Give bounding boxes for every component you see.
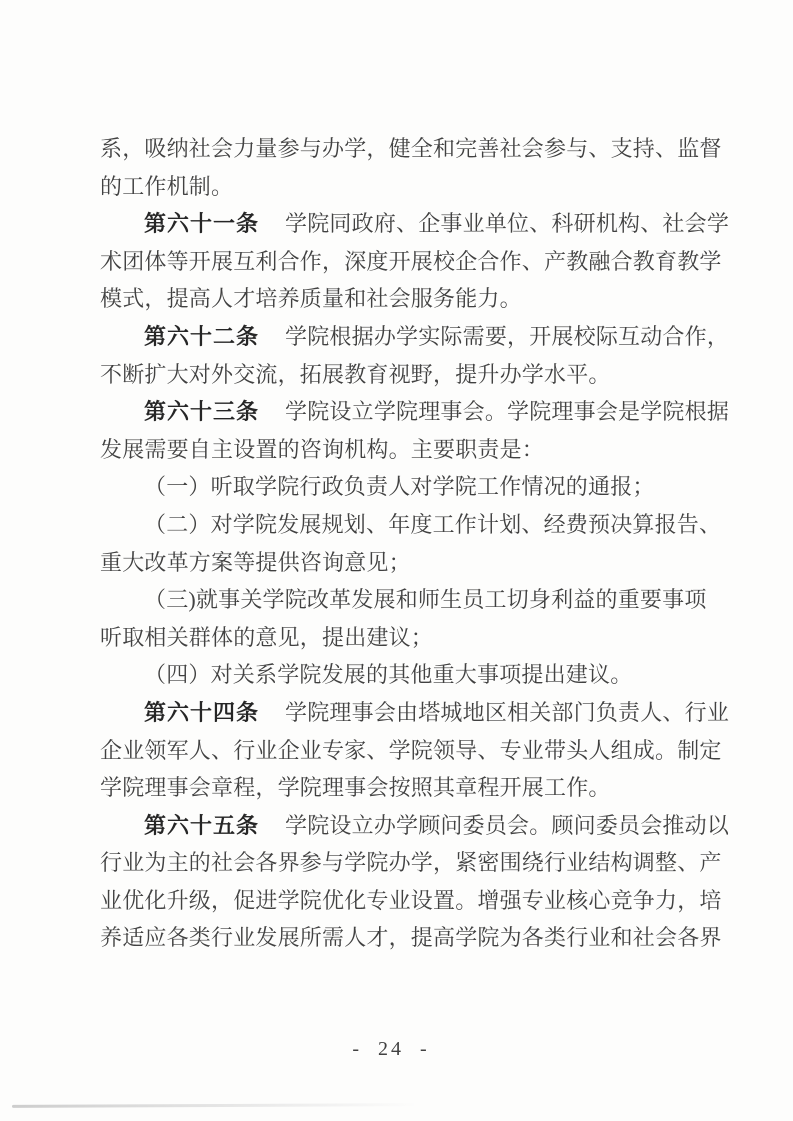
text-line: 业优化升级，促进学院优化专业设置。增强专业核心竞争力，培	[100, 882, 722, 920]
line-text: 系，吸纳社会力量参与办学，健全和完善社会参与、支持、监督	[100, 136, 722, 161]
article-number: 第六十二条	[144, 324, 259, 349]
text-line: （四）对关系学院发展的其他重大事项提出建议。	[100, 656, 722, 694]
article-number: 第六十一条	[144, 211, 259, 236]
text-line: 第六十五条学院设立办学顾问委员会。顾问委员会推动以	[100, 807, 722, 845]
text-line: 重大改革方案等提供咨询意见；	[100, 544, 722, 582]
text-line: 听取相关群体的意见，提出建议；	[100, 619, 722, 657]
page-number: - 24 -	[0, 1034, 782, 1064]
text-line: 学院理事会章程，学院理事会按照其章程开展工作。	[100, 769, 722, 807]
charter-text-block: 系，吸纳社会力量参与办学，健全和完善社会参与、支持、监督的工作机制。第六十一条学…	[100, 130, 722, 957]
text-line: 第六十一条学院同政府、企事业单位、科研机构、社会学	[100, 205, 722, 243]
line-text: （三)就事关学院改革发展和师生员工切身利益的重要事项	[144, 587, 707, 612]
line-text: （一）听取学院行政负责人对学院工作情况的通报；	[144, 474, 655, 499]
line-text: 的工作机制。	[100, 174, 233, 199]
line-text: 学院同政府、企事业单位、科研机构、社会学	[285, 211, 729, 236]
line-text: 模式，提高人才培养质量和社会服务能力。	[100, 286, 522, 311]
line-text: 学院根据办学实际需要，开展校际互动合作，	[285, 324, 729, 349]
line-text: 学院理事会由塔城地区相关部门负责人、行业	[285, 700, 729, 725]
text-line: 模式，提高人才培养质量和社会服务能力。	[100, 280, 722, 318]
text-line: 行业为主的社会各界参与学院办学，紧密围绕行业结构调整、产	[100, 844, 722, 882]
line-text: 不断扩大对外交流，拓展教育视野，提升办学水平。	[100, 362, 611, 387]
text-line: 第六十二条学院根据办学实际需要，开展校际互动合作，	[100, 318, 722, 356]
line-text: 养适应各类行业发展所需人才，提高学院为各类行业和社会各界	[100, 925, 722, 950]
text-line: 系，吸纳社会力量参与办学，健全和完善社会参与、支持、监督	[100, 130, 722, 168]
line-text: 术团体等开展互利合作，深度开展校企合作、产教融合教育教学	[100, 249, 722, 274]
scan-artifact-line	[12, 1103, 417, 1108]
line-text: （四）对关系学院发展的其他重大事项提出建议。	[144, 662, 632, 687]
text-line: （二）对学院发展规划、年度工作计划、经费预决算报告、	[100, 506, 722, 544]
text-line: （一）听取学院行政负责人对学院工作情况的通报；	[100, 468, 722, 506]
line-text: 行业为主的社会各界参与学院办学，紧密围绕行业结构调整、产	[100, 850, 722, 875]
text-line: （三)就事关学院改革发展和师生员工切身利益的重要事项	[100, 581, 722, 619]
line-text: 发展需要自主设置的咨询机构。主要职责是：	[100, 437, 544, 462]
line-text: （二）对学院发展规划、年度工作计划、经费预决算报告、	[144, 512, 721, 537]
line-text: 重大改革方案等提供咨询意见；	[100, 550, 411, 575]
line-text: 听取相关群体的意见，提出建议；	[100, 625, 433, 650]
text-line: 的工作机制。	[100, 168, 722, 206]
text-line: 养适应各类行业发展所需人才，提高学院为各类行业和社会各界	[100, 919, 722, 957]
text-line: 企业领军人、行业企业专家、学院领导、专业带头人组成。制定	[100, 732, 722, 770]
line-text: 学院理事会章程，学院理事会按照其章程开展工作。	[100, 775, 611, 800]
line-text: 学院设立学院理事会。学院理事会是学院根据	[285, 399, 729, 424]
text-line: 发展需要自主设置的咨询机构。主要职责是：	[100, 431, 722, 469]
document-page: 系，吸纳社会力量参与办学，健全和完善社会参与、支持、监督的工作机制。第六十一条学…	[0, 0, 793, 1121]
line-text: 业优化升级，促进学院优化专业设置。增强专业核心竞争力，培	[100, 888, 722, 913]
article-number: 第六十三条	[144, 399, 259, 424]
text-line: 第六十三条学院设立学院理事会。学院理事会是学院根据	[100, 393, 722, 431]
line-text: 企业领军人、行业企业专家、学院领导、专业带头人组成。制定	[100, 738, 722, 763]
text-line: 术团体等开展互利合作，深度开展校企合作、产教融合教育教学	[100, 243, 722, 281]
article-number: 第六十五条	[144, 813, 259, 838]
text-line: 不断扩大对外交流，拓展教育视野，提升办学水平。	[100, 356, 722, 394]
article-number: 第六十四条	[144, 700, 259, 725]
text-line: 第六十四条学院理事会由塔城地区相关部门负责人、行业	[100, 694, 722, 732]
line-text: 学院设立办学顾问委员会。顾问委员会推动以	[285, 813, 729, 838]
